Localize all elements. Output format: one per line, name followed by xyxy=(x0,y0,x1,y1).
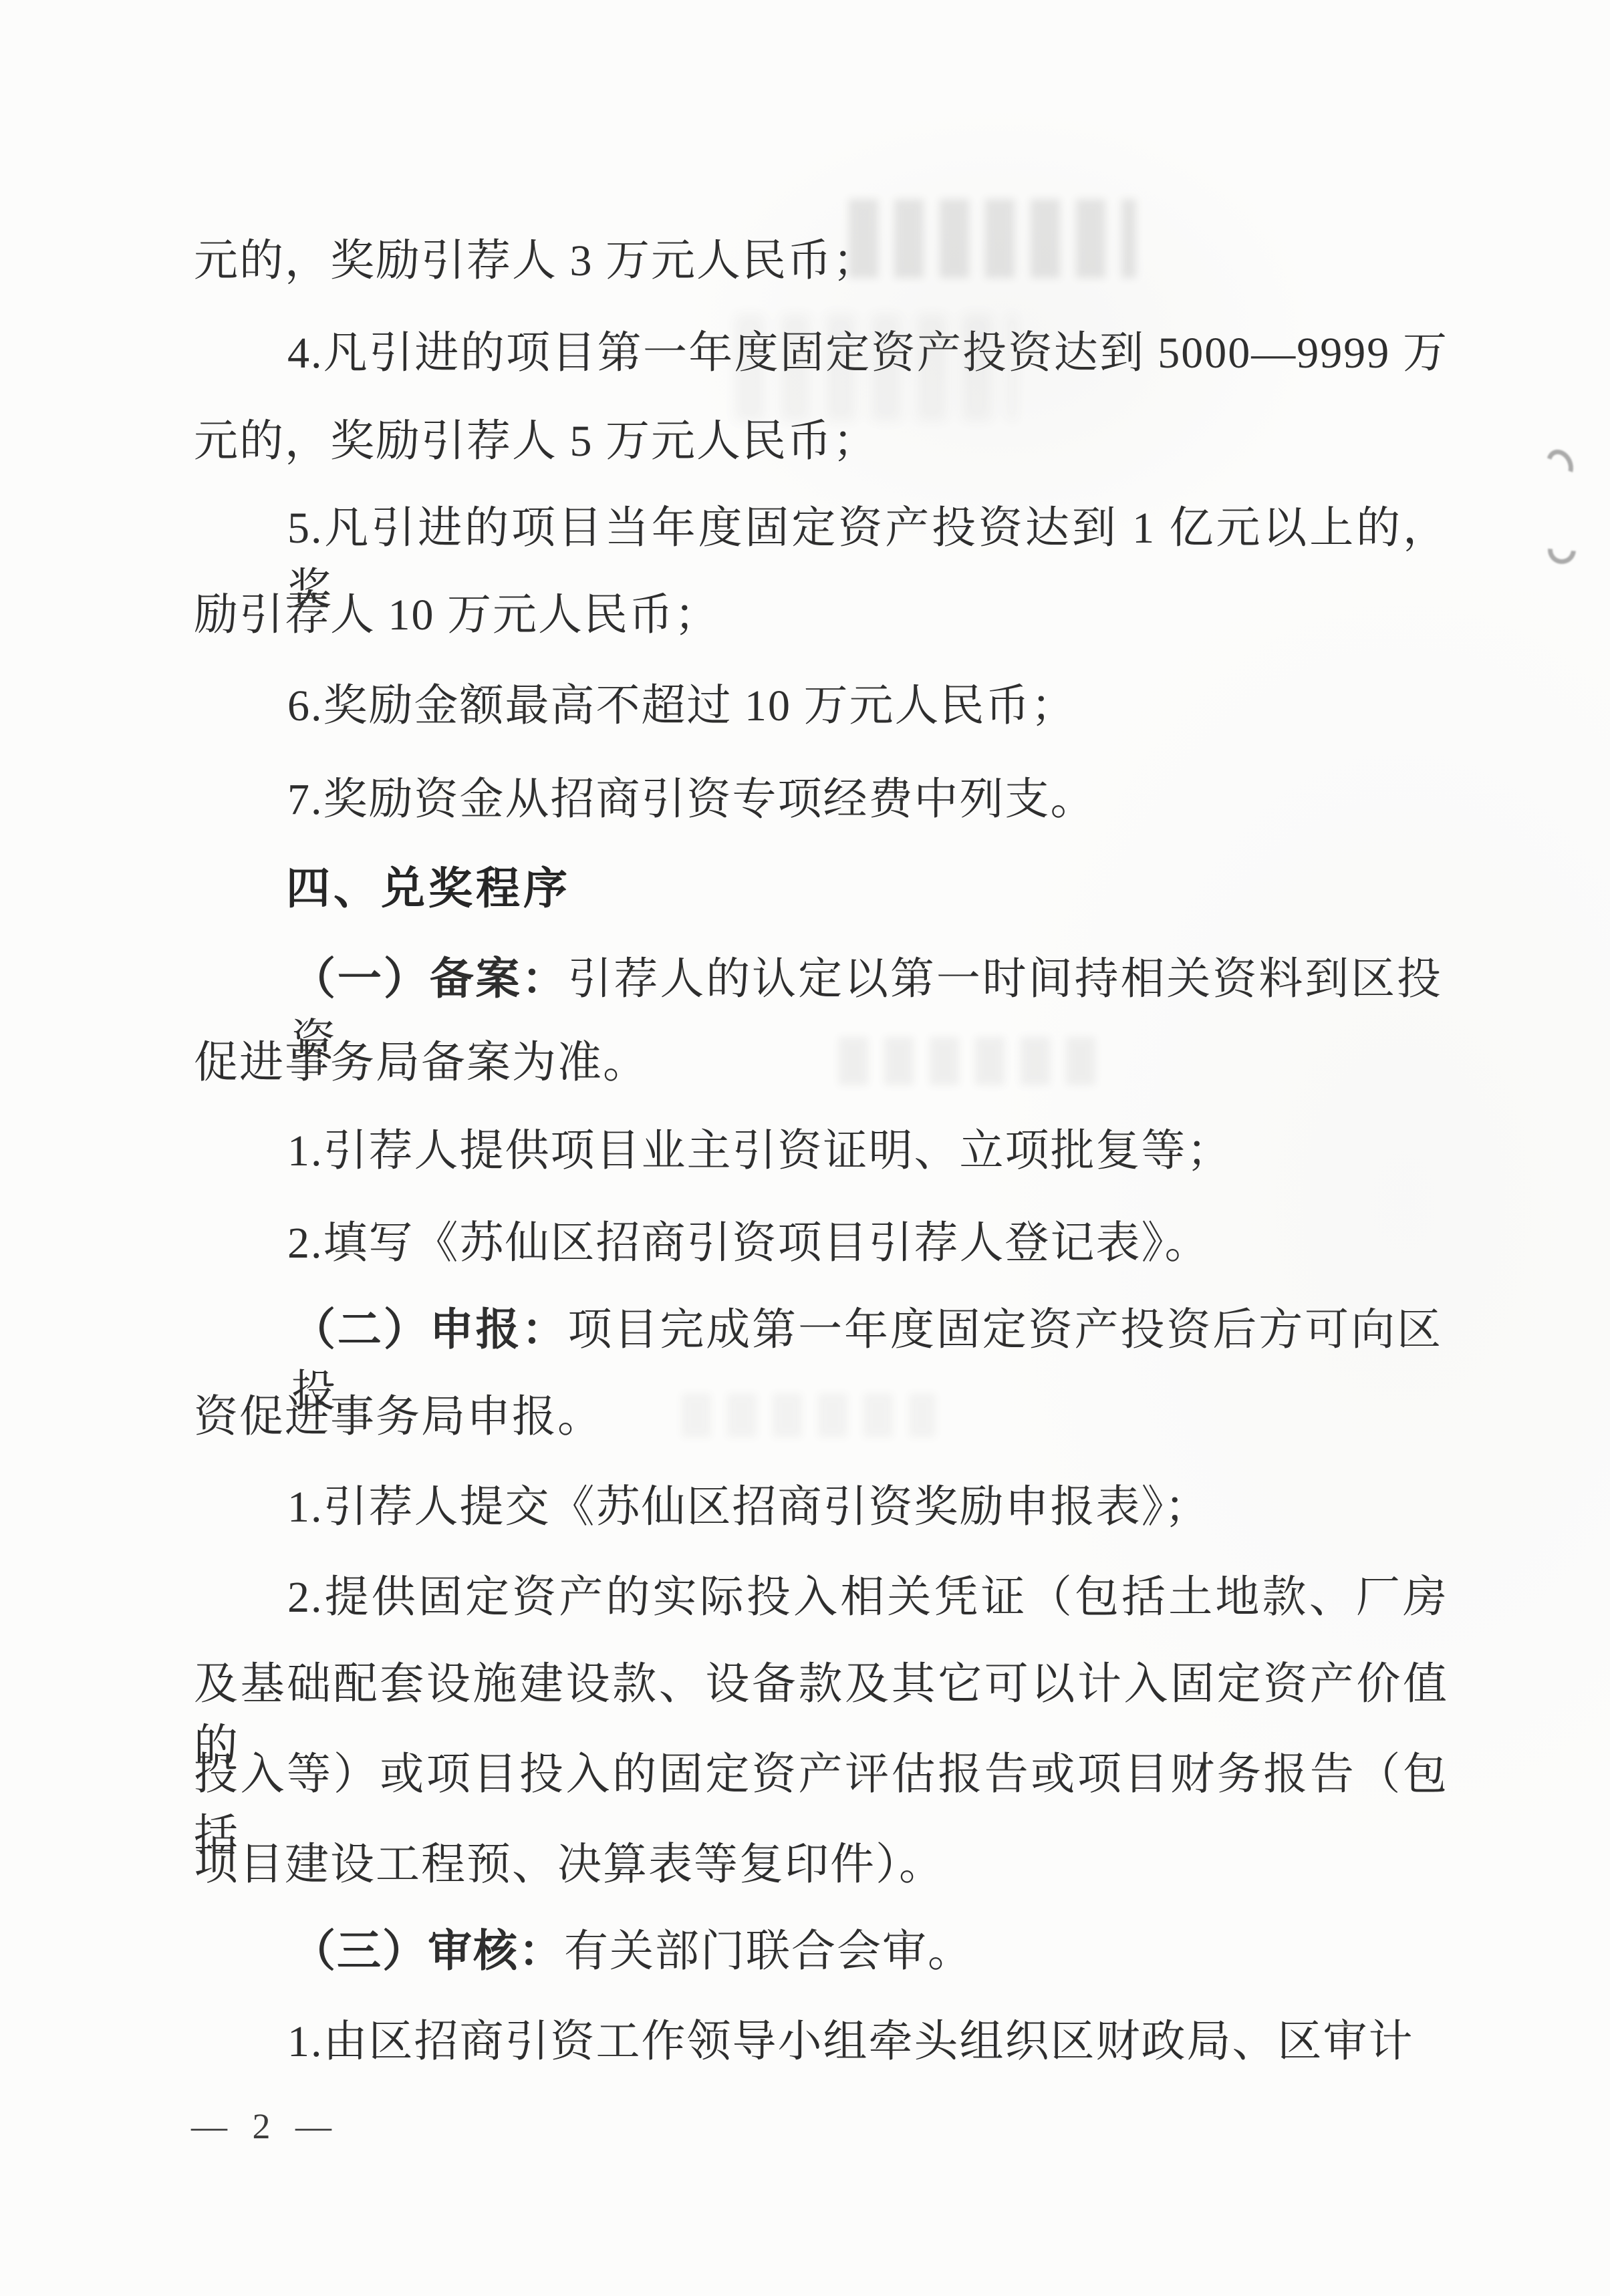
scanned-document-page: 元的，奖励引荐人 3 万元人民币； 4.凡引进的项目第一年度固定资产投资达到 5… xyxy=(0,0,1610,2296)
line-text: 有关部门联合会审。 xyxy=(564,1927,973,1976)
line-text: 励引荐人 10 万元人民币； xyxy=(194,591,720,639)
doc-line-21: 1.由区招商引资工作领导小组牵头组织区财政局、区审计 xyxy=(287,2011,1414,2073)
doc-line-19: 项目建设工程预、决算表等复印件）。 xyxy=(194,1834,944,1896)
doc-line-5: 励引荐人 10 万元人民币； xyxy=(194,585,720,646)
line-text: 4.凡引进的项目第一年度固定资产投资达到 5000—9999 万 xyxy=(287,329,1448,378)
line-text: 1.引荐人提供项目业主引资证明、立项批复等； xyxy=(287,1127,1232,1175)
line-text: 项目建设工程预、决算表等复印件）。 xyxy=(194,1840,944,1889)
doc-line-12: 2.填写《苏仙区招商引资项目引荐人登记表》。 xyxy=(287,1213,1210,1274)
doc-line-6: 6.奖励金额最高不超过 10 万元人民币； xyxy=(287,676,1077,737)
doc-line-20: （三）审核：有关部门联合会审。 xyxy=(291,1921,973,1983)
scan-artifact-mark xyxy=(1542,445,1579,485)
doc-line-16: 2.提供固定资产的实际投入相关凭证（包括土地款、厂房 xyxy=(287,1567,1448,1628)
doc-line-2: 4.凡引进的项目第一年度固定资产投资达到 5000—9999 万 xyxy=(287,323,1448,384)
doc-line-10: 促进事务局备案为准。 xyxy=(194,1032,648,1094)
line-text: 1.引荐人提交《苏仙区招商引资奖励申报表》； xyxy=(287,1483,1210,1532)
heading-text: 四、兑奖程序 xyxy=(286,865,571,913)
line-text: 2.填写《苏仙区招商引资项目引荐人登记表》。 xyxy=(287,1219,1210,1268)
line-text: 7.奖励资金从招商引资专项经费中列支。 xyxy=(287,775,1096,824)
line-text: 资促进事务局申报。 xyxy=(194,1393,603,1441)
line-text: 1.由区招商引资工作领导小组牵头组织区财政局、区审计 xyxy=(287,2017,1414,2066)
section-heading: 四、兑奖程序 xyxy=(286,859,571,920)
scan-artifact-mark xyxy=(1542,530,1581,569)
line-bold-prefix: （三）审核： xyxy=(291,1927,564,1976)
doc-line-3: 元的，奖励引荐人 5 万元人民币； xyxy=(194,411,878,472)
doc-line-1: 元的，奖励引荐人 3 万元人民币； xyxy=(194,231,878,292)
line-text: 元的，奖励引荐人 5 万元人民币； xyxy=(194,417,878,466)
line-bold-prefix: （一）备案： xyxy=(291,955,568,1004)
line-text: 6.奖励金额最高不超过 10 万元人民币； xyxy=(287,682,1077,730)
doc-line-15: 1.引荐人提交《苏仙区招商引资奖励申报表》； xyxy=(287,1477,1210,1538)
line-text: 促进事务局备案为准。 xyxy=(194,1038,648,1087)
line-text: 2.提供固定资产的实际投入相关凭证（包括土地款、厂房 xyxy=(287,1573,1448,1622)
line-text: 元的，奖励引荐人 3 万元人民币； xyxy=(194,237,878,285)
bleed-through-smudge xyxy=(849,199,1136,278)
doc-line-14: 资促进事务局申报。 xyxy=(194,1387,603,1448)
doc-line-7: 7.奖励资金从招商引资专项经费中列支。 xyxy=(287,769,1096,831)
doc-line-11: 1.引荐人提供项目业主引资证明、立项批复等； xyxy=(287,1121,1232,1182)
page-number: — 2 — xyxy=(191,2106,340,2146)
line-bold-prefix: （二）申报： xyxy=(291,1306,568,1354)
